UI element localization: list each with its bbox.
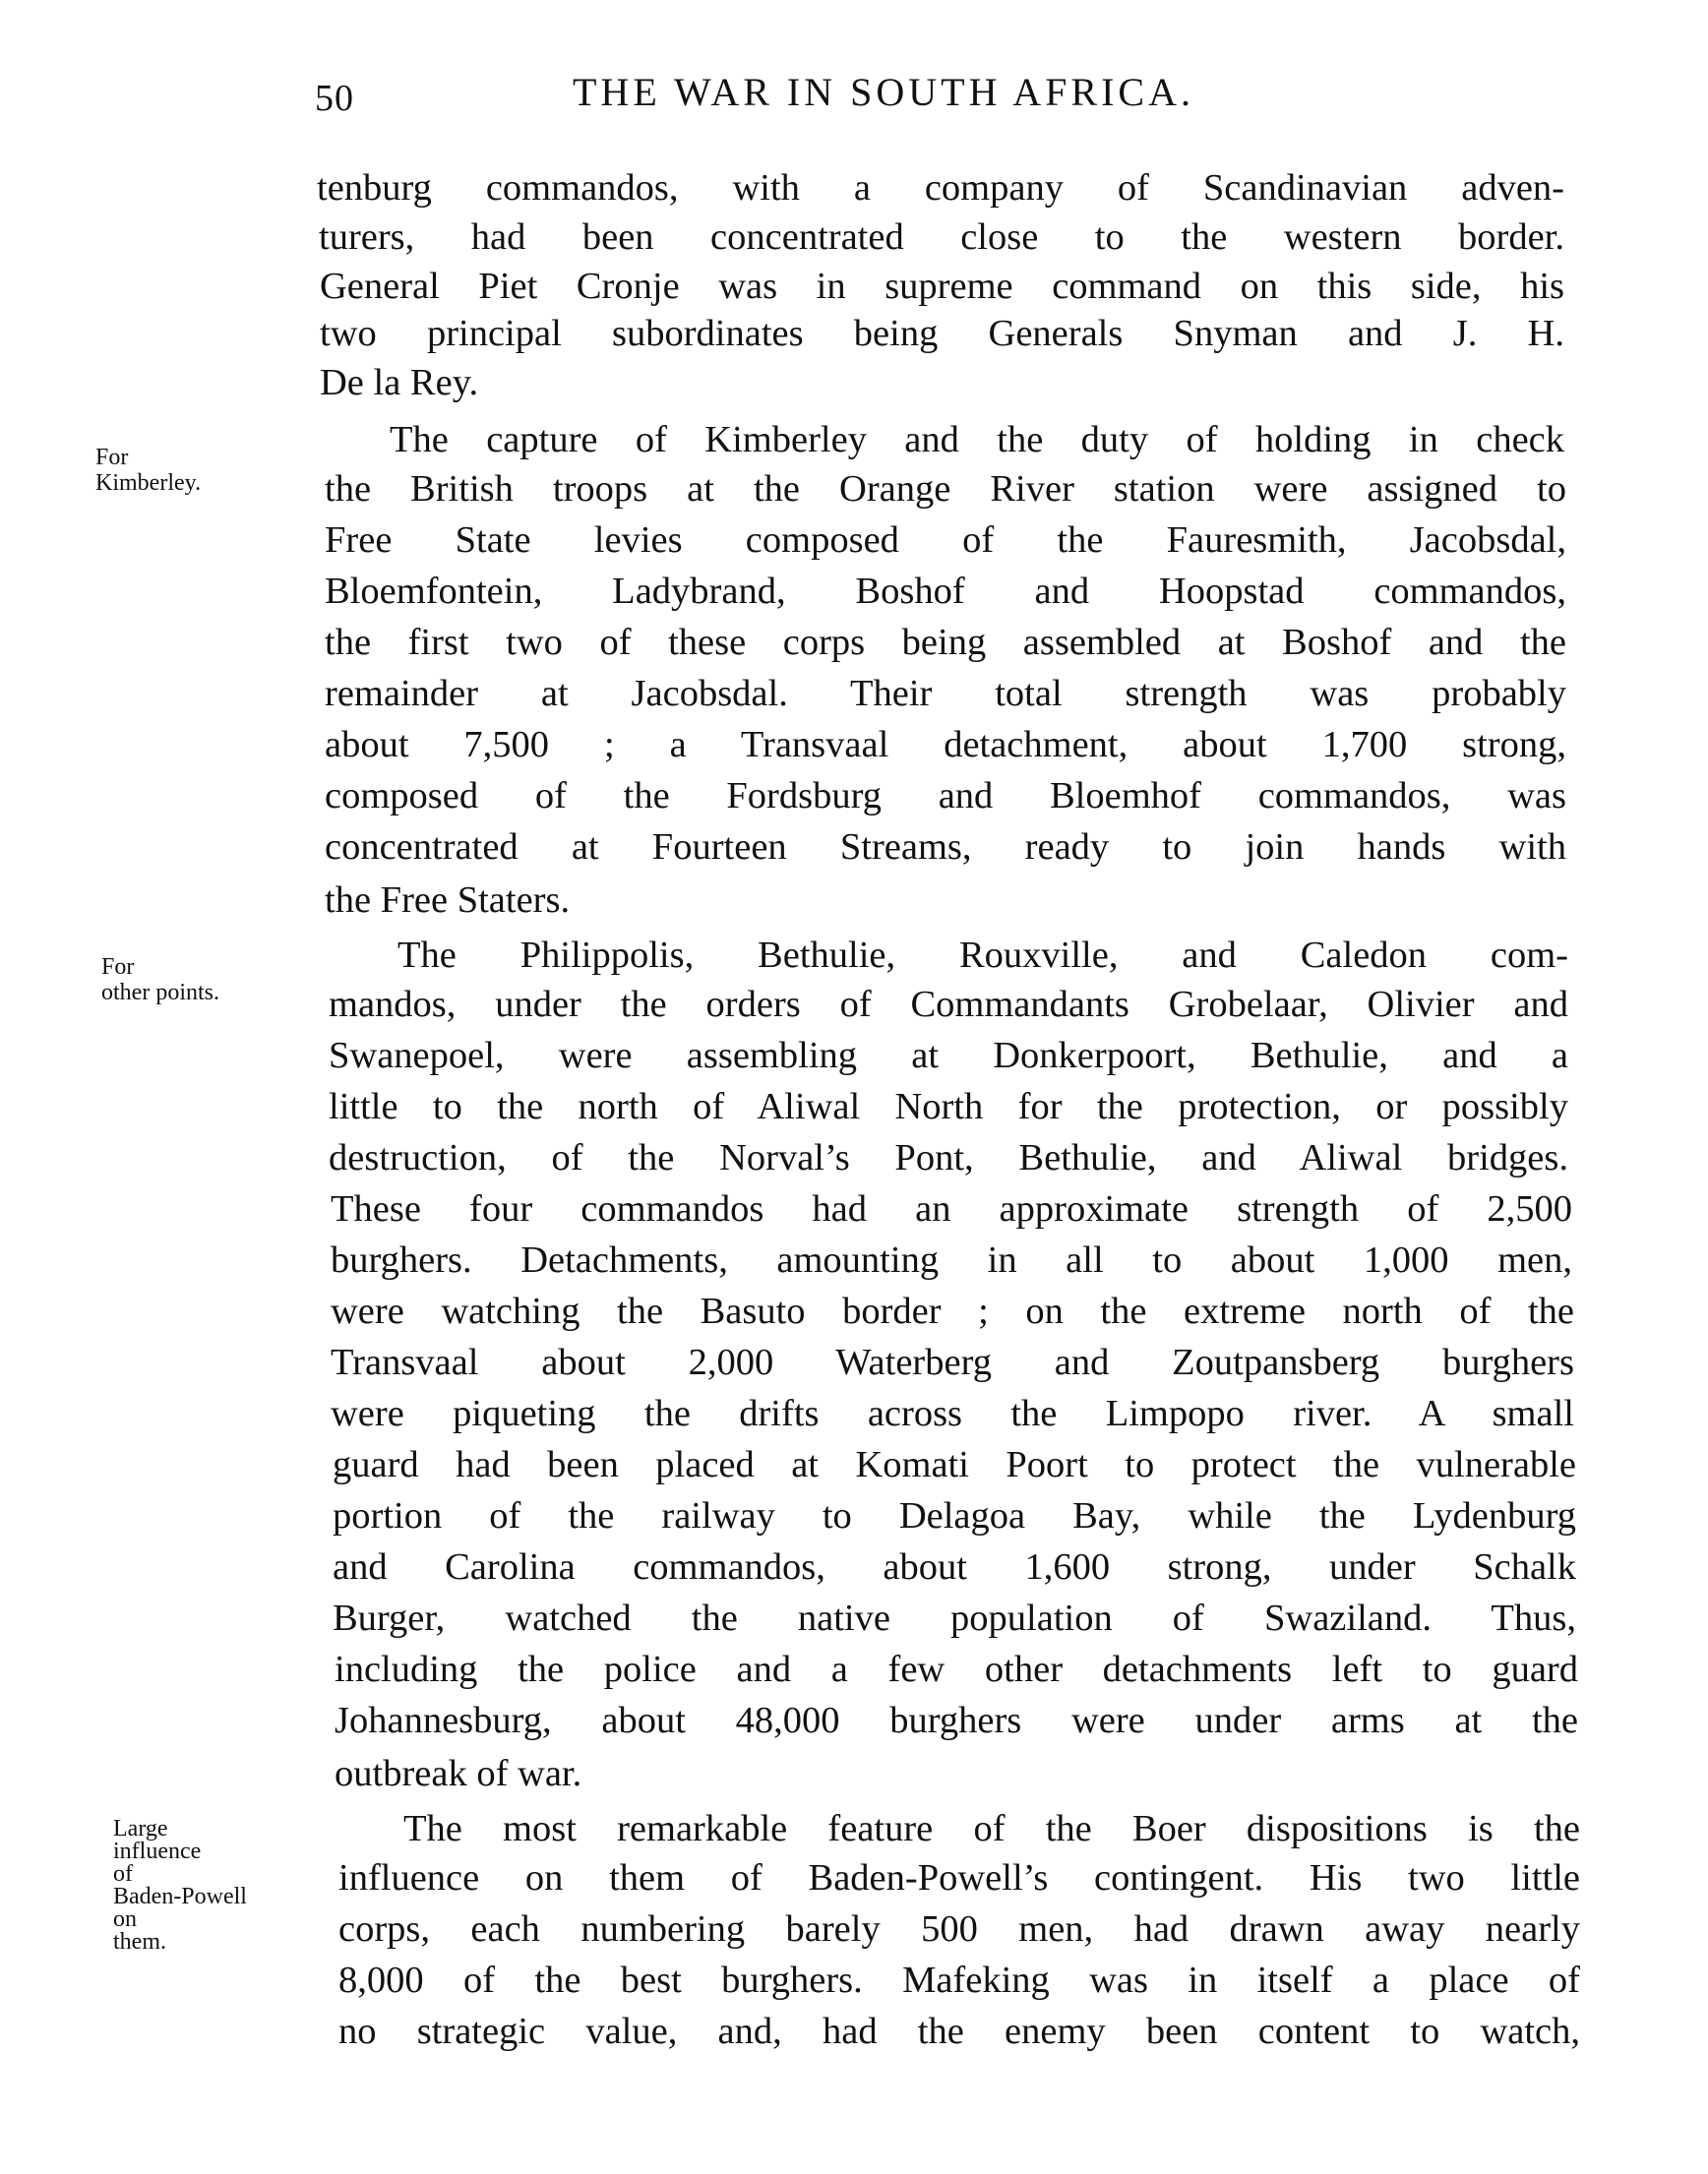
text-line: the British troops at the Orange River s…: [325, 470, 1566, 509]
sidenote-line: Baden-Powell: [113, 1886, 247, 1908]
text-line: outbreak of war.: [335, 1755, 581, 1793]
page-number: 50: [315, 77, 354, 120]
text-line: corps, each numbering barely 500 men, ha…: [338, 1910, 1580, 1949]
text-line: The most remarkable feature of the Boer …: [403, 1810, 1580, 1848]
text-line: about 7,500 ; a Transvaal detachment, ab…: [325, 726, 1566, 764]
running-title: THE WAR IN SOUTH AFRICA.: [573, 69, 1194, 115]
sidenote-line: Kimberley.: [95, 470, 201, 496]
text-line: burghers. Detachments, amounting in all …: [331, 1241, 1572, 1280]
sidenote-kimberley: For Kimberley.: [95, 445, 201, 496]
sidenote-line: Large: [113, 1818, 247, 1841]
text-line: influence on them of Baden-Powell’s cont…: [338, 1859, 1580, 1898]
text-line: little to the north of Aliwal North for …: [329, 1088, 1568, 1126]
text-line: Free State levies composed of the Faures…: [325, 521, 1566, 560]
sidenote-other-points: For other points.: [101, 954, 219, 1005]
text-line: portion of the railway to Delagoa Bay, w…: [333, 1497, 1576, 1536]
text-line: concentrated at Fourteen Streams, ready …: [325, 828, 1566, 867]
text-line: no strategic value, and, had the enemy b…: [338, 2013, 1580, 2051]
text-line: turers, had been concentrated close to t…: [319, 218, 1564, 257]
text-line: guard had been placed at Komati Poort to…: [333, 1446, 1576, 1484]
text-line: composed of the Fordsburg and Bloemhof c…: [325, 777, 1566, 815]
text-line: were piqueting the drifts across the Lim…: [331, 1395, 1574, 1433]
sidenote-line: other points.: [101, 980, 219, 1005]
text-line: The Philippolis, Bethulie, Rouxville, an…: [397, 936, 1568, 975]
text-line: mandos, under the orders of Commandants …: [329, 986, 1568, 1024]
text-line: Transvaal about 2,000 Waterberg and Zout…: [331, 1344, 1574, 1382]
text-line: Burger, watched the native population of…: [333, 1600, 1576, 1638]
text-line: the Free Staters.: [325, 881, 570, 920]
sidenote-line: For: [101, 954, 219, 980]
running-head: 50 THE WAR IN SOUTH AFRICA.: [315, 69, 1574, 128]
sidenote-line: influence: [113, 1841, 247, 1863]
text-line: two principal subordinates being General…: [320, 315, 1564, 353]
sidenote-line: them.: [113, 1931, 247, 1954]
text-line: De la Rey.: [320, 364, 478, 402]
sidenote-line: on: [113, 1908, 247, 1931]
sidenote-line: For: [95, 445, 201, 470]
text-line: Swanepoel, were assembling at Donkerpoor…: [329, 1037, 1568, 1075]
text-line: These four commandos had an approximate …: [331, 1190, 1572, 1229]
text-line: 8,000 of the best burghers. Mafeking was…: [338, 1962, 1580, 2000]
text-line: including the police and a few other det…: [335, 1651, 1578, 1689]
sidenote-baden-powell: Large influence of Baden-Powell on them.: [113, 1818, 247, 1954]
text-line: Johannesburg, about 48,000 burghers were…: [335, 1702, 1578, 1740]
text-line: General Piet Cronje was in supreme comma…: [320, 268, 1564, 306]
text-line: The capture of Kimberley and the duty of…: [390, 421, 1564, 459]
sidenote-line: of: [113, 1863, 247, 1886]
text-line: destruction, of the Norval’s Pont, Bethu…: [329, 1139, 1568, 1178]
text-line: the first two of these corps being assem…: [325, 624, 1566, 662]
text-line: were watching the Basuto border ; on the…: [331, 1293, 1574, 1331]
text-line: Bloemfontein, Ladybrand, Boshof and Hoop…: [325, 573, 1566, 611]
text-line: and Carolina commandos, about 1,600 stro…: [333, 1548, 1576, 1587]
text-line: remainder at Jacobsdal. Their total stre…: [325, 675, 1566, 713]
text-line: tenburg commandos, with a company of Sca…: [317, 169, 1564, 208]
book-page: 50 THE WAR IN SOUTH AFRICA. For Kimberle…: [0, 0, 1708, 2174]
